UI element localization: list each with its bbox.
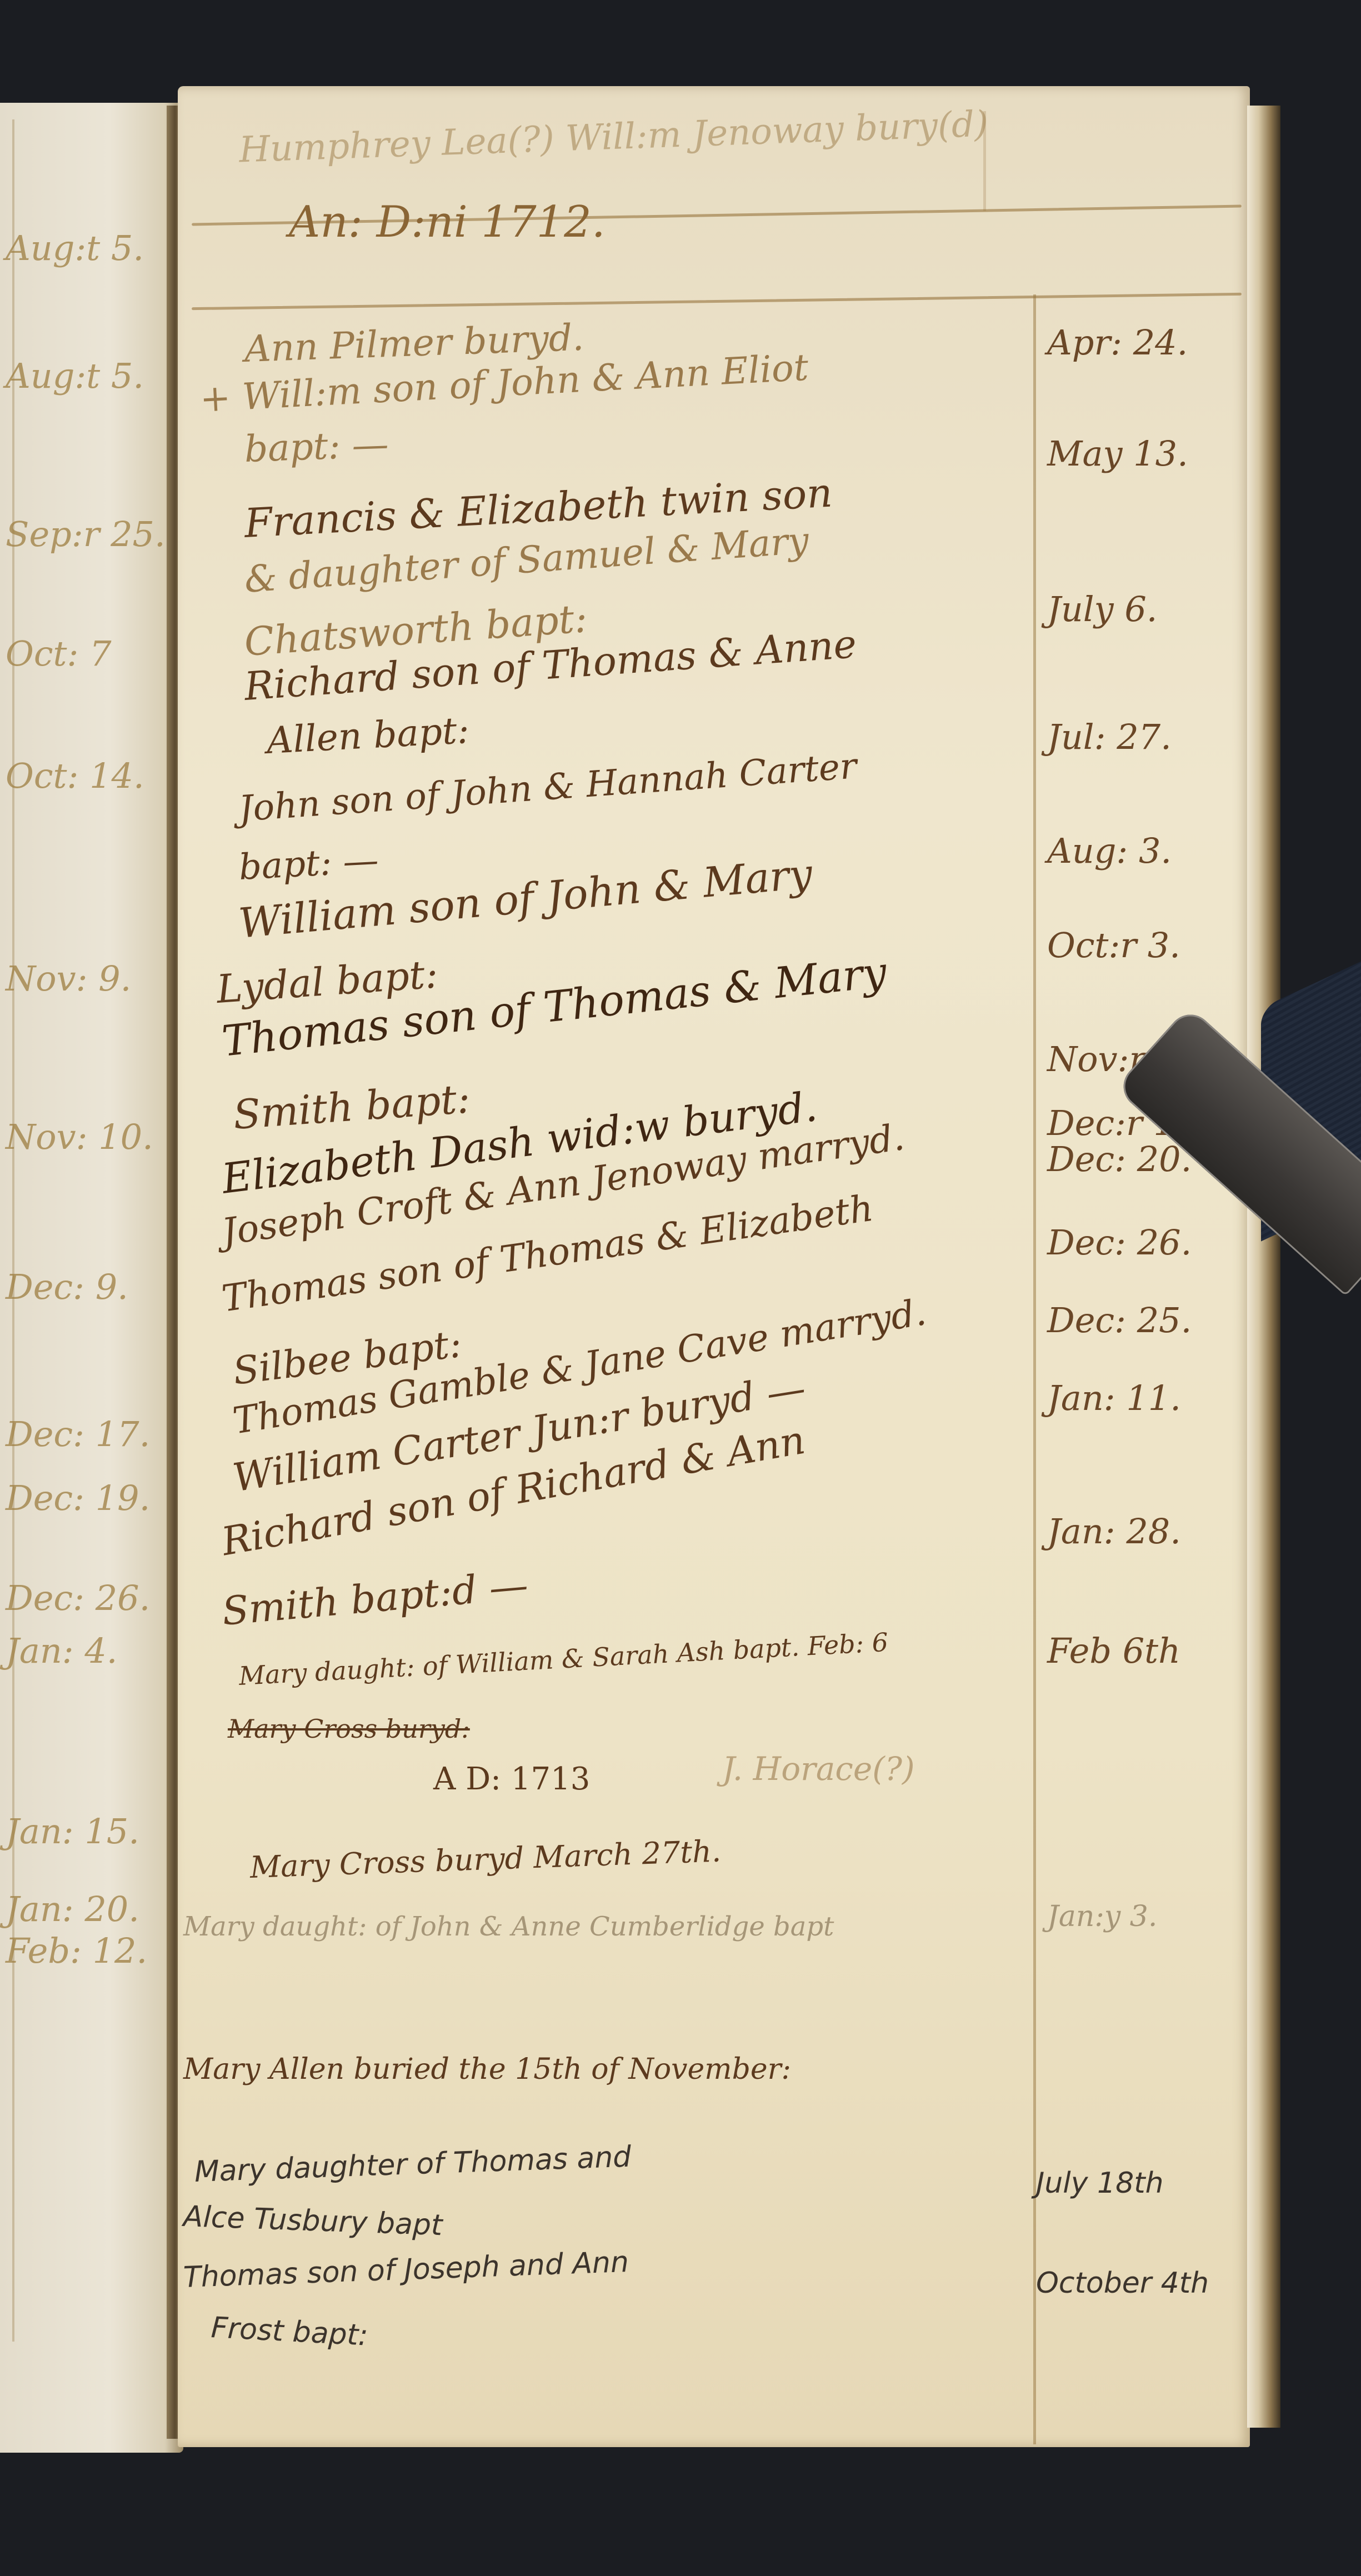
entry-date: Jan:y 3.	[1047, 1900, 1157, 1933]
left-page-date: Dec: 19.	[6, 1478, 150, 1518]
left-page-date: Jan: 15.	[6, 1811, 139, 1852]
left-page-date: Jan: 20.	[6, 1889, 139, 1929]
left-page-date: Oct: 7	[6, 633, 112, 674]
entry-date: July 6.	[1047, 589, 1158, 629]
date-column-rule	[1033, 294, 1036, 2444]
register-entry: bapt: —	[244, 423, 389, 471]
left-page-date: Aug:t 5.	[6, 228, 144, 268]
entry-date: Dec: 25.	[1047, 1300, 1192, 1340]
entry-date: Jan: 11.	[1047, 1378, 1181, 1418]
left-page-date: Dec: 9.	[6, 1267, 128, 1307]
entry-date: Jan: 28.	[1047, 1511, 1181, 1552]
entry-date: October 4th	[1036, 2267, 1209, 2300]
entry-date: Aug: 3.	[1047, 831, 1172, 871]
left-page-date: Dec: 26.	[6, 1578, 150, 1618]
register-entry: bapt: —	[238, 840, 379, 888]
left-page-date: Nov: 9.	[6, 958, 131, 999]
entry-date: Jul: 27.	[1047, 717, 1172, 757]
left-margin-rule	[12, 119, 14, 2342]
left-page-date: Sep:r 25.	[6, 514, 166, 554]
register-entry: Mary Cross buryd:	[228, 1714, 470, 1744]
faded-signature: J. Horace(?)	[722, 1750, 915, 1788]
entry-date: Feb 6th	[1047, 1630, 1180, 1671]
entry-date: Oct:r 3.	[1047, 925, 1180, 966]
left-page-date: Oct: 14.	[6, 756, 144, 796]
year-heading-1713: A D: 1713	[433, 1761, 590, 1797]
entry-date: May 13.	[1047, 433, 1188, 474]
left-page-date: Feb: 12.	[6, 1930, 147, 1971]
year-heading-1712: An: D:ni 1712.	[289, 197, 606, 247]
left-page-date: Aug:t 5.	[6, 356, 144, 396]
entry-date: Dec: 26.	[1047, 1222, 1192, 1263]
entry-date: Dec: 20.	[1047, 1139, 1192, 1179]
left-page-date: Dec: 17.	[6, 1414, 150, 1454]
register-entry: Mary daught: of John & Anne Cumberlidge …	[183, 1911, 834, 1942]
left-page-date: Jan: 4.	[6, 1630, 118, 1671]
entry-date: July 18th	[1036, 2167, 1164, 2200]
register-entry: Mary Allen buried the 15th of November:	[183, 2053, 791, 2086]
left-page-date: Nov: 10.	[6, 1117, 153, 1157]
entry-date: Apr: 24.	[1047, 322, 1188, 363]
book-clamp	[1189, 944, 1361, 1344]
